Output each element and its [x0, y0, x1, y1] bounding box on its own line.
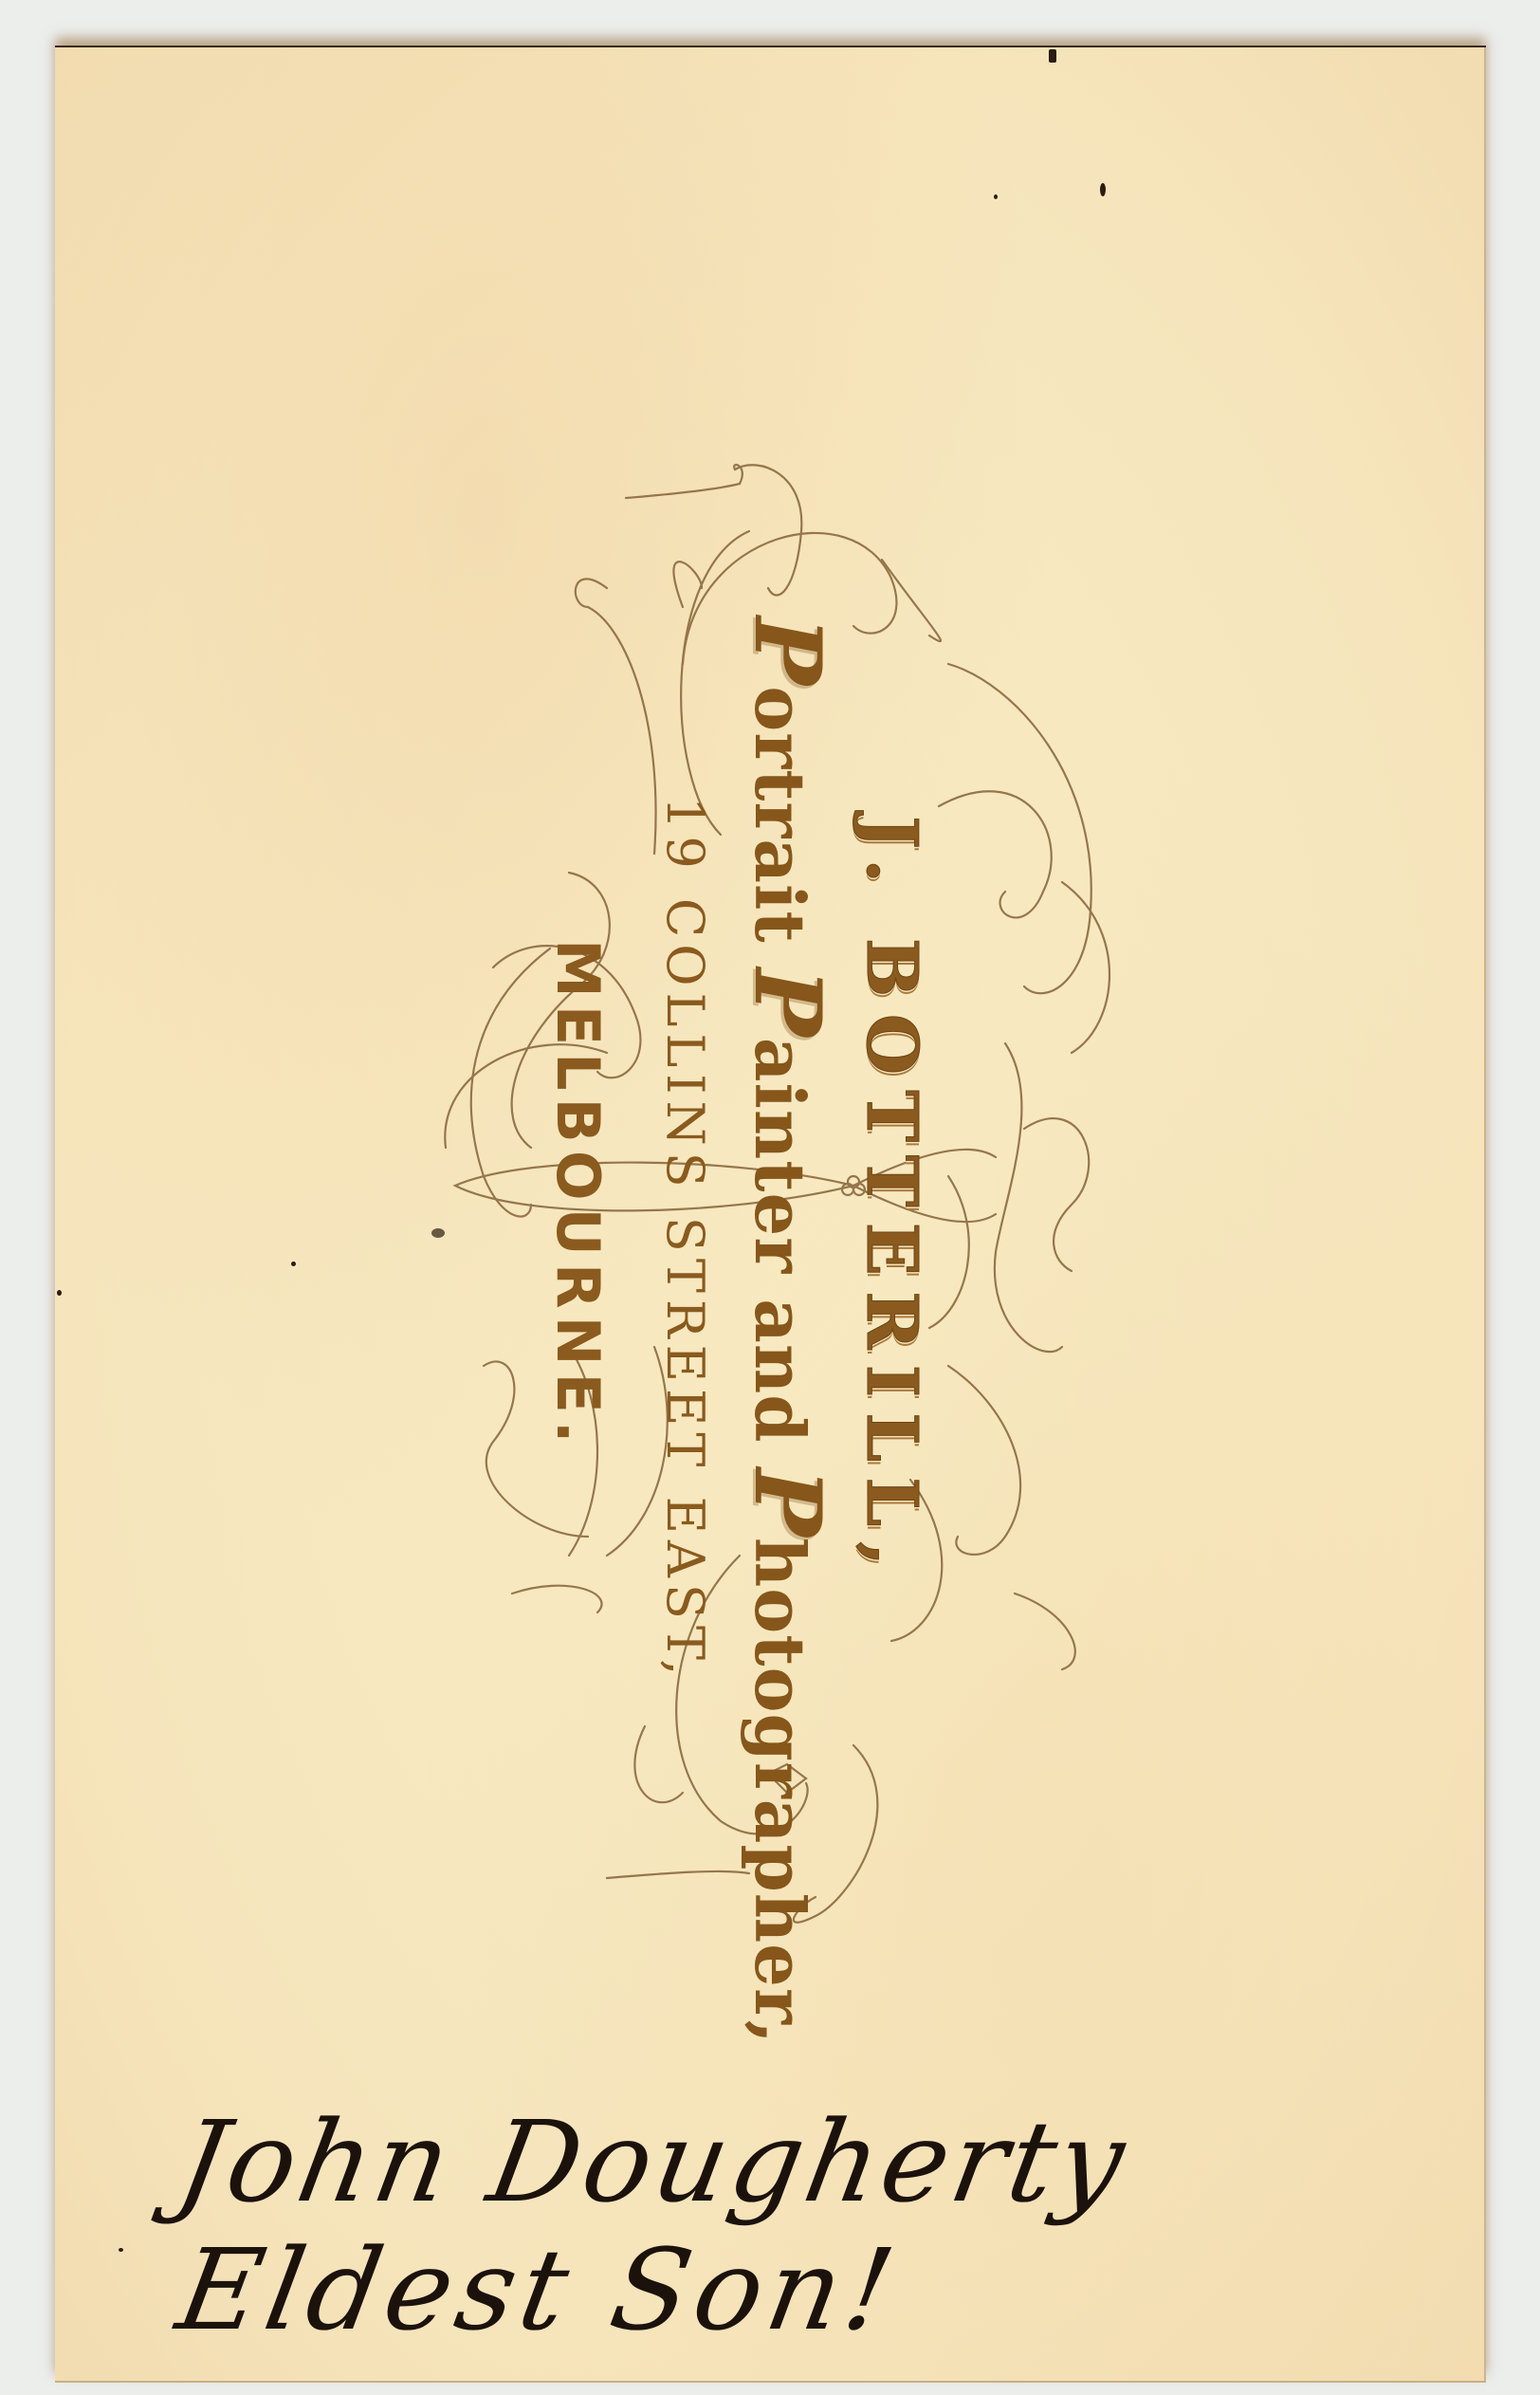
handwritten-note: Eldest Son!	[169, 2224, 908, 2355]
studio-name: J. BOTTERILL,	[853, 816, 929, 1581]
title-initial: P	[734, 617, 841, 686]
ink-speck	[57, 1290, 62, 1296]
title-initial: P	[734, 1468, 841, 1538]
ink-speck	[1100, 183, 1106, 196]
ink-speck	[431, 1228, 445, 1238]
ink-speck	[1049, 49, 1056, 63]
title-word: ortrait	[740, 686, 820, 967]
handwritten-name: John Dougherty	[169, 2096, 1138, 2227]
title-word: hotographer,	[740, 1538, 820, 2045]
title-word: ainter and	[740, 1038, 820, 1468]
studio-title: Portrait Painter and Photographer,	[732, 617, 834, 2045]
studio-address: 19 COLLINS STREET EAST,	[658, 797, 711, 1682]
card-edge	[1484, 47, 1486, 2383]
studio-city: MELBOURNE.	[546, 939, 609, 1450]
ink-speck	[119, 2248, 123, 2252]
ink-speck	[291, 1262, 296, 1266]
card-edge	[55, 2381, 1486, 2383]
title-initial: P	[734, 968, 841, 1038]
ink-speck	[994, 194, 998, 199]
